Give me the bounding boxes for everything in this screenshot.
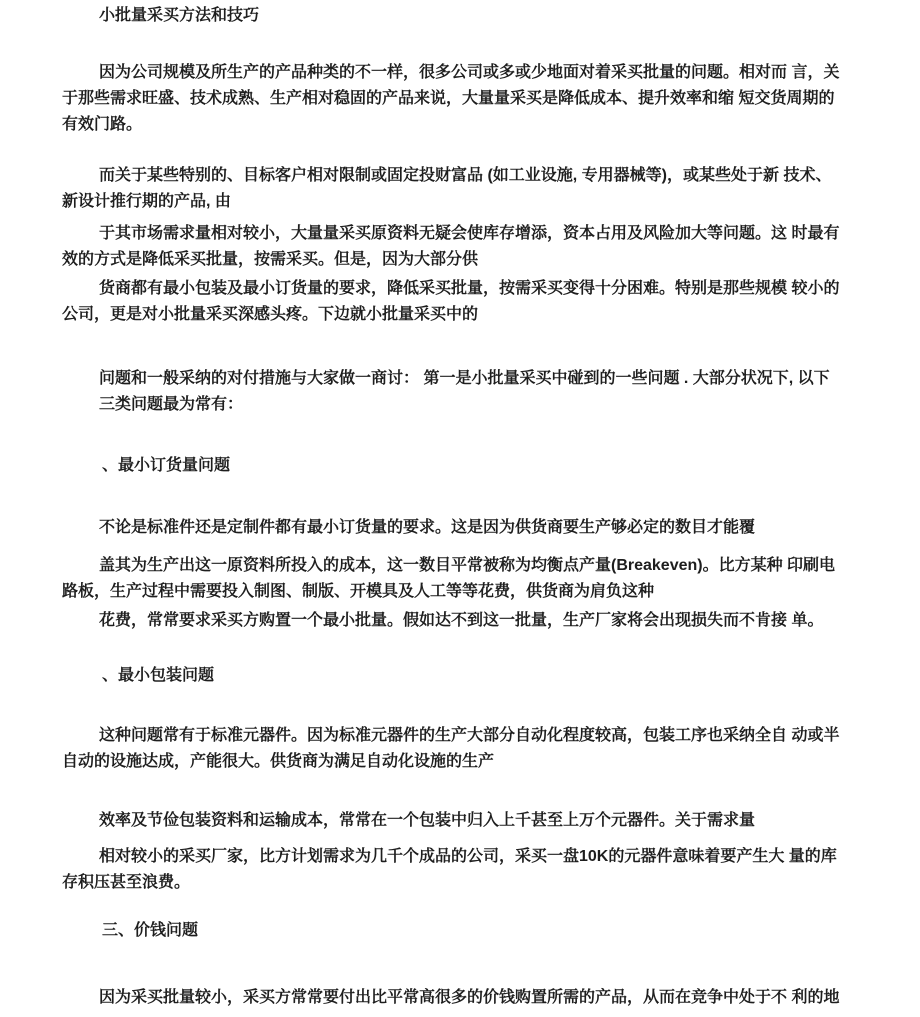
paragraph-discussion-intro: 问题和一般采纳的对付措施与大家做一商讨： 第一是小批量采买中碰到的一些问题 . …: [62, 366, 862, 418]
paragraph-price-disadvantage: 因为采买批量较小，采买方常常要付出比平常高很多的价钱购置所需的产品，从而在竞争中…: [62, 985, 862, 1011]
paragraph-line: 这种问题常有于标准元器件。因为标准元器件的生产大部分自动化程度较高，包装工序也采…: [62, 723, 862, 749]
paragraph-line: 有效门路。: [62, 112, 862, 138]
paragraph-line: 盖其为生产出这一原资料所投入的成本，这一数目平常被称为均衡点产量(Breakev…: [62, 553, 862, 579]
heading-text: 、最小包装问题: [62, 663, 862, 689]
heading-text: 三、价钱问题: [62, 918, 862, 944]
paragraph-packaging-efficiency: 效率及节俭包装资料和运输成本，常常在一个包装中归入上千甚至上万个元器件。关于需求…: [62, 808, 862, 834]
paragraph-line: 相对较小的采买厂家，比方计划需求为几千个成品的公司，采买一盘10K的元器件意味着…: [62, 844, 862, 870]
paragraph-moq-requirement: 不论是标准件还是定制件都有最小订货量的要求。这是因为供货商要生产够必定的数目才能…: [62, 515, 862, 541]
paragraph-line: 不论是标准件还是定制件都有最小订货量的要求。这是因为供货商要生产够必定的数目才能…: [62, 515, 862, 541]
document-title: 小批量采买方法和技巧: [62, 3, 862, 29]
paragraph-line: 因为公司规模及所生产的产品种类的不一样，很多公司或多或少地面对着采买批量的问题。…: [62, 60, 862, 86]
paragraph-line: 效的方式是降低采买批量，按需采买。但是，因为大部分供: [62, 247, 862, 273]
heading-min-packaging: 、最小包装问题: [62, 663, 862, 689]
paragraph-special-products: 而关于某些特别的、目标客户相对限制或固定投财富品 (如工业设施, 专用器械等)，…: [62, 163, 862, 215]
paragraph-line: 花费，常常要求采买方购置一个最小批量。假如达不到这一批量，生产厂家将会出现损失而…: [62, 608, 862, 634]
paragraph-line: 因为采买批量较小，采买方常常要付出比平常高很多的价钱购置所需的产品，从而在竞争中…: [62, 985, 862, 1011]
paragraph-supplier-requirements: 货商都有最小包装及最小订货量的要求，降低采买批量，按需采买变得十分困难。特别是那…: [62, 276, 862, 328]
paragraph-small-buyers: 相对较小的采买厂家，比方计划需求为几千个成品的公司，采买一盘10K的元器件意味着…: [62, 844, 862, 896]
paragraph-market-demand: 于其市场需求量相对较小，大量量采买原资料无疑会使库存增添，资本占用及风险加大等问…: [62, 221, 862, 273]
document-page: 小批量采买方法和技巧 因为公司规模及所生产的产品种类的不一样，很多公司或多或少地…: [0, 3, 920, 1017]
paragraph-breakeven: 盖其为生产出这一原资料所投入的成本，这一数目平常被称为均衡点产量(Breakev…: [62, 553, 862, 605]
paragraph-line: 货商都有最小包装及最小订货量的要求，降低采买批量，按需采买变得十分困难。特别是那…: [62, 276, 862, 302]
paragraph-cost-minimum-batch: 花费，常常要求采买方购置一个最小批量。假如达不到这一批量，生产厂家将会出现损失而…: [62, 608, 862, 634]
paragraph-line: 公司，更是对小批量采买深感头疼。下边就小批量采买中的: [62, 302, 862, 328]
paragraph-line: 路板，生产过程中需要投入制图、制版、开模具及人工等等花费，供货商为肩负这种: [62, 579, 862, 605]
paragraph-line: 三类问题最为常有：: [62, 392, 862, 418]
paragraph-line: 于那些需求旺盛、技术成熟、生产相对稳固的产品来说，大量量采买是降低成本、提升效率…: [62, 86, 862, 112]
paragraph-standard-components: 这种问题常有于标准元器件。因为标准元器件的生产大部分自动化程度较高，包装工序也采…: [62, 723, 862, 775]
document-title-block: 小批量采买方法和技巧: [62, 3, 862, 29]
heading-min-order-quantity: 、最小订货量问题: [62, 453, 862, 479]
paragraph-line: 问题和一般采纳的对付措施与大家做一商讨： 第一是小批量采买中碰到的一些问题 . …: [62, 366, 862, 392]
heading-price: 三、价钱问题: [62, 918, 862, 944]
paragraph-line: 于其市场需求量相对较小，大量量采买原资料无疑会使库存增添，资本占用及风险加大等问…: [62, 221, 862, 247]
paragraph-line: 存积压甚至浪费。: [62, 870, 862, 896]
paragraph-intro-1: 因为公司规模及所生产的产品种类的不一样，很多公司或多或少地面对着采买批量的问题。…: [62, 60, 862, 138]
paragraph-line: 而关于某些特别的、目标客户相对限制或固定投财富品 (如工业设施, 专用器械等)，…: [62, 163, 862, 189]
paragraph-line: 效率及节俭包装资料和运输成本，常常在一个包装中归入上千甚至上万个元器件。关于需求…: [62, 808, 862, 834]
heading-text: 、最小订货量问题: [62, 453, 862, 479]
paragraph-line: 新设计推行期的产品, 由: [62, 189, 862, 215]
paragraph-line: 自动的设施达成，产能很大。供货商为满足自动化设施的生产: [62, 749, 862, 775]
